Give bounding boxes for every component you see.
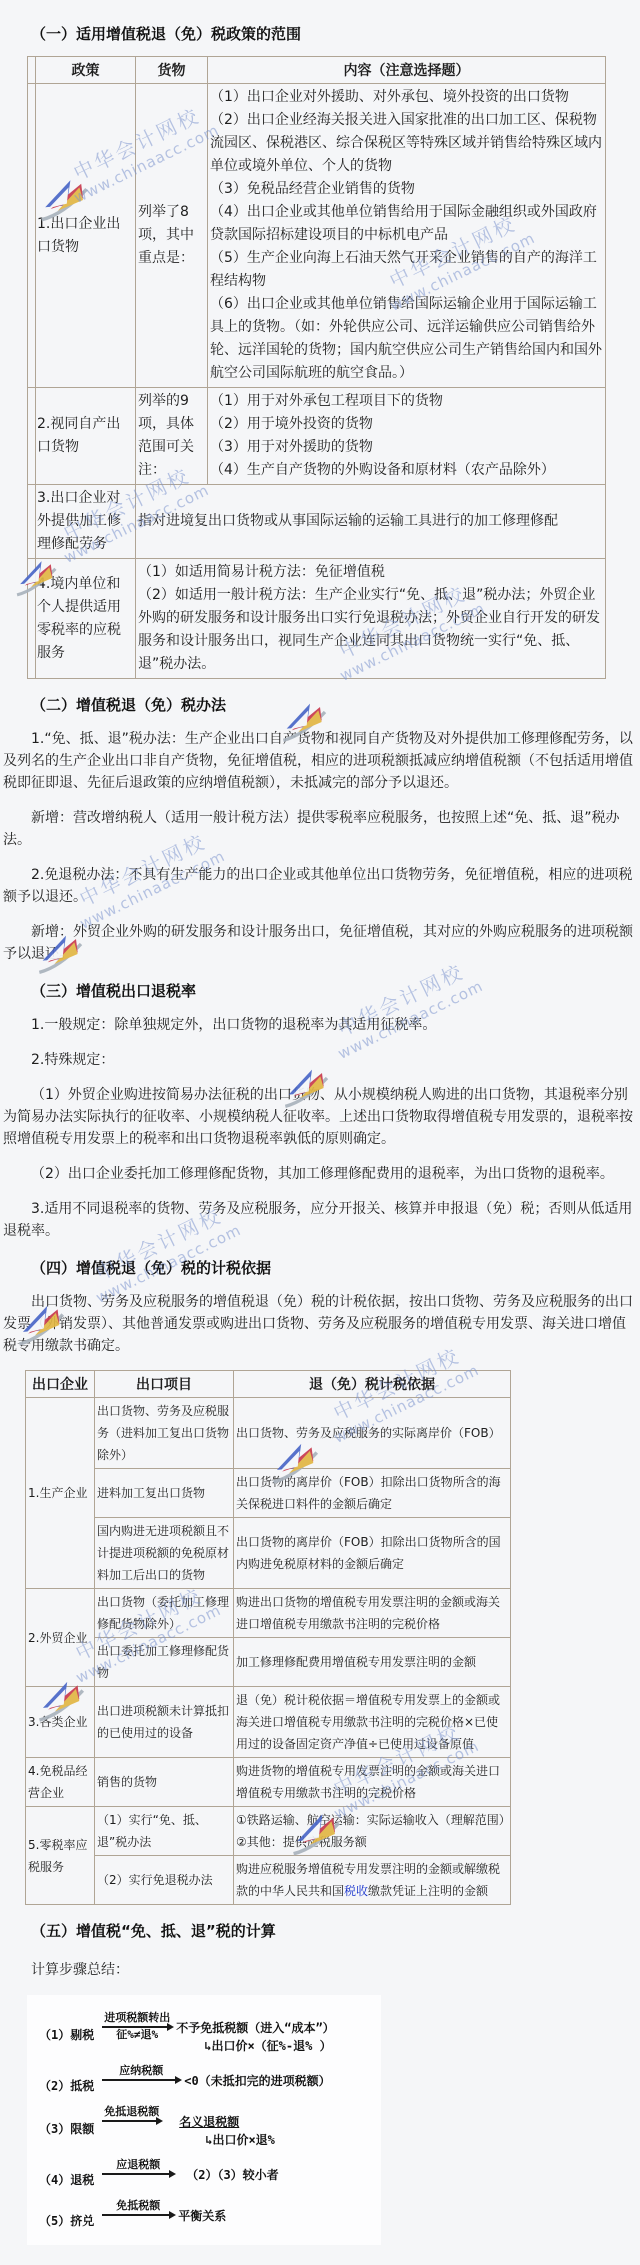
arrow: 应退税额 [102,2158,174,2175]
arrow-bottom-label: 征%≠退% [116,2028,158,2042]
section1-heading: （一）适用增值税退（免）税政策的范围 [3,24,637,44]
table-row: 进料加工复出口货物 出口货物的离岸价（FOB）扣除出口货物所含的海关保税进口料件… [26,1469,511,1518]
result-text: 不予免抵税额（进入“成本”） [176,2019,334,2037]
tax-term-link[interactable]: 税收 [344,1884,368,1898]
table-row: 2.视同自产出口货物 列举的9项，具体范围可关注： （1）用于对外承包工程项目下… [28,388,606,485]
table-row: 3.出口企业对外提供加工修理修配劳务 指对进境复出口货物或从事国际运输的运输工具… [28,485,606,559]
step-label: （5）挤兑 [39,2199,94,2231]
step-label: （2）抵税 [39,2064,94,2096]
item-cell: 出口货物、劳务及应税服务（进料加工复出口货物除外） [95,1398,234,1469]
content-item: （1）出口企业对外援助、对外承包、境外投资的出口货物 [210,86,603,109]
lesson-content: （一）适用增值税退（免）税政策的范围 政策 货物 内容（注意选择题） 1.出口企… [0,0,640,2265]
section4-heading: （四）增值税退（免）税的计税依据 [3,1258,637,1278]
paragraph: 新增：外贸企业外购的研发服务和设计服务出口，免征增值税，其对应的外购应税服务的进… [3,921,637,965]
calc-step-3: （3）限额 免抵退税额 名义退税额 ↳出口价×退% [39,2105,371,2149]
arrow-shaft-icon [102,2214,174,2216]
step-result: <0（未抵扣完的进项税额） [184,2064,330,2090]
spacer-cell [28,485,36,559]
arrow-top-label: 免抵税额 [114,2199,162,2213]
basis-cell: 购进应税服务增值税专用发票注明的金额或解缴税款的中华人民共和国税收缴款凭证上注明… [234,1856,511,1905]
enterprise-cell: 5.零税率应税服务 [26,1807,95,1905]
table-row: 2.外贸企业 出口货物（委托加工修理修配货物除外） 购进出口货物的增值税专用发票… [26,1589,511,1638]
content-item: （1）如适用简易计税方法：免征增值税 [138,561,603,584]
calc-steps-diagram: （1）剔税 进项税额转出 征%≠退% 不予免抵税额（进入“成本”） ↳出口价×（… [27,1995,381,2245]
arrow: 免抵退税额 [102,2105,161,2122]
content-item: （4）生产自产货物的外购设备和原材料（农产品除外） [210,459,603,482]
arrow: 应纳税额 [102,2064,180,2081]
section3-heading: （三）增值税出口退税率 [3,981,637,1001]
step-label: （4）退税 [39,2158,94,2190]
item-cell: 国内购进无进项税额且不计提进项税额的免税原材料加工后出口的货物 [95,1518,234,1589]
basis-cell: ①铁路运输、航空运输：实际运输收入（理解范围） ②其他：提供应税服务额 [234,1807,511,1856]
paragraph: 2.免退税办法：不具有生产能力的出口企业或其他单位出口货物劳务，免征增值税，相应… [3,864,637,908]
calc-step-4: （4）退税 应退税额 （2）（3）较小者 [39,2158,371,2190]
basis-text: 缴款凭证上注明的金额 [368,1884,488,1898]
table-row: 1.出口企业出口货物 列举了8项，其中重点是： （1）出口企业对外援助、对外承包… [28,84,606,388]
basis-cell: 购进出口货物的增值税专用发票注明的金额或海关进口增值税专用缴款书注明的完税价格 [234,1589,511,1638]
policy-cell: 1.出口企业出口货物 [36,84,136,388]
paragraph: （1）外贸企业购进按简易办法征税的出口货物、从小规模纳税人购进的出口货物，其退税… [3,1084,637,1150]
calc-step-2: （2）抵税 应纳税额 <0（未抵扣完的进项税额） [39,2064,371,2096]
step-result: 名义退税额 ↳出口价×退% [165,2105,275,2149]
goods-cell: 列举的9项，具体范围可关注： [136,388,208,485]
arrow-shaft-icon [102,2173,174,2175]
content-item: （5）生产企业向海上石油天然气开采企业销售的自产的海洋工程结构物 [210,247,603,293]
basis-line: ①铁路运输、航空运输：实际运输收入（理解范围） [236,1809,508,1831]
section5-heading: （五）增值税“免、抵、退”税的计算 [3,1921,637,1941]
table-header-row: 出口企业 出口项目 退（免）税计税依据 [26,1371,511,1398]
arrow-shaft-icon [102,2120,161,2122]
goods-cell: 列举了8项，其中重点是： [136,84,208,388]
paragraph: （2）出口企业委托加工修理修配货物，其加工修理修配费用的退税率，为出口货物的退税… [3,1163,637,1185]
table-row: 1.生产企业 出口货物、劳务及应税服务（进料加工复出口货物除外） 出口货物、劳务… [26,1398,511,1469]
result-sub-text: ↳出口价×（征%-退% ） [204,2037,334,2055]
arrow-top-label: 应纳税额 [117,2064,165,2078]
basis-cell: 购进货物的增值税专用发票注明的金额或海关进口增值税专用缴款书注明的完税价格 [234,1758,511,1807]
basis-cell: 出口货物的离岸价（FOB）扣除出口货物所含的国内购进免税原材料的金额后确定 [234,1518,511,1589]
table-row: 4.境内单位和个人提供适用零税率的应税服务 （1）如适用简易计税方法：免征增值税… [28,559,606,679]
table-row: 4.免税品经营企业 销售的货物 购进货物的增值税专用发票注明的金额或海关进口增值… [26,1758,511,1807]
arrow-top-label: 进项税额转出 [102,2011,172,2025]
calc-step-5: （5）挤兑 免抵税额 平衡关系 [39,2199,371,2231]
calc-steps-note: 计算步骤总结： [3,1959,637,1981]
enterprise-cell: 1.生产企业 [26,1398,95,1589]
enterprise-cell: 4.免税品经营企业 [26,1758,95,1807]
basis-cell: 出口货物、劳务及应税服务的实际离岸价（FOB） [234,1398,511,1469]
arrow: 进项税额转出 征%≠退% [102,2011,172,2042]
section2-heading: （二）增值税退（免）税办法 [3,695,637,715]
item-cell: （1）实行“免、抵、退”税办法 [95,1807,234,1856]
result-sub-text: ↳出口价×退% [205,2131,275,2149]
result-text: 名义退税额 [179,2113,275,2131]
table-row: 国内购进无进项税额且不计提进项税额的免税原材料加工后出口的货物 出口货物的离岸价… [26,1518,511,1589]
content-item: （4）出口企业或其他单位销售给用于国际金融组织或外国政府贷款国际招标建设项目的中… [210,201,603,247]
result-text: 平衡关系 [178,2207,226,2225]
table-row: 3.各类企业 出口进项税额未计算抵扣的已使用过的设备 退（免）税计税依据＝增值税… [26,1687,511,1758]
content-item: （3）免税品经营企业销售的货物 [210,178,603,201]
table-header-row: 政策 货物 内容（注意选择题） [28,57,606,84]
step-result: 平衡关系 [178,2199,226,2225]
content-cell: （1）出口企业对外援助、对外承包、境外投资的出口货物 （2）出口企业经海关报关进… [208,84,606,388]
item-cell: （2）实行免退税办法 [95,1856,234,1905]
content-item: （2）出口企业经海关报关进入国家批准的出口加工区、保税物流园区、保税港区、综合保… [210,109,603,178]
tax-basis-table: 出口企业 出口项目 退（免）税计税依据 1.生产企业 出口货物、劳务及应税服务（… [25,1370,511,1905]
arrow-top-label: 免抵退税额 [102,2105,161,2119]
arrow-shaft-icon [102,2026,172,2028]
basis-cell: 加工修理修配费用增值税专用发票注明的金额 [234,1638,511,1687]
item-cell: 出口货物（委托加工修理修配货物除外） [95,1589,234,1638]
paragraph: 出口货物、劳务及应税服务的增值税退（免）税的计税依据，按出口货物、劳务及应税服务… [3,1291,637,1357]
item-cell: 进料加工复出口货物 [95,1469,234,1518]
item-cell: 出口进项税额未计算抵扣的已使用过的设备 [95,1687,234,1758]
spacer-cell [28,84,36,388]
item-cell: 出口委托加工修理修配货物 [95,1638,234,1687]
spacer-cell [28,559,36,679]
paragraph: 3.适用不同退税率的货物、劳务及应税服务，应分开报关、核算并申报退（免）税；否则… [3,1198,637,1242]
enterprise-cell: 2.外贸企业 [26,1589,95,1687]
paragraph: 新增：营改增纳税人（适用一般计税方法）提供零税率应税服务，也按照上述“免、抵、退… [3,807,637,851]
policy-cell: 3.出口企业对外提供加工修理修配劳务 [36,485,136,559]
table-row: 出口委托加工修理修配货物 加工修理修配费用增值税专用发票注明的金额 [26,1638,511,1687]
item-cell: 销售的货物 [95,1758,234,1807]
col-header-enterprise: 出口企业 [26,1371,95,1398]
content-item: （6）出口企业或其他单位销售给国际运输企业用于国际运输工具上的货物。（如：外轮供… [210,293,603,385]
content-cell: （1）如适用简易计税方法：免征增值税 （2）如适用一般计税方法：生产企业实行“免… [136,559,606,679]
step-label: （1）剔税 [39,2011,94,2045]
spacer-cell [28,57,36,84]
basis-cell: 退（免）税计税依据＝增值税专用发票上的金额或海关进口增值税专用缴款书注明的完税价… [234,1687,511,1758]
result-text: <0（未抵扣完的进项税额） [184,2072,330,2090]
table-row: （2）实行免退税办法 购进应税服务增值税专用发票注明的金额或解缴税款的中华人民共… [26,1856,511,1905]
step-result: 不予免抵税额（进入“成本”） ↳出口价×（征%-退% ） [176,2011,334,2055]
spacer-cell [28,388,36,485]
arrow: 免抵税额 [102,2199,174,2216]
policy-cell: 4.境内单位和个人提供适用零税率的应税服务 [36,559,136,679]
paragraph: 2.特殊规定： [3,1049,637,1071]
paragraph: 1.“免、抵、退”税办法：生产企业出口自产货物和视同自产货物及对外提供加工修理修… [3,728,637,794]
col-header-basis: 退（免）税计税依据 [234,1371,511,1398]
basis-cell: 出口货物的离岸价（FOB）扣除出口货物所含的海关保税进口料件的金额后确定 [234,1469,511,1518]
calc-step-1: （1）剔税 进项税额转出 征%≠退% 不予免抵税额（进入“成本”） ↳出口价×（… [39,2011,371,2055]
lesson-page: （一）适用增值税退（免）税政策的范围 政策 货物 内容（注意选择题） 1.出口企… [0,0,640,2265]
content-cell: （1）用于对外承包工程项目下的货物 （2）用于境外投资的货物 （3）用于对外援助… [208,388,606,485]
policy-cell: 2.视同自产出口货物 [36,388,136,485]
arrow-top-label: 应退税额 [114,2158,162,2172]
result-text: （2）（3）较小者 [186,2166,278,2184]
basis-line: ②其他：提供应税服务额 [236,1831,508,1853]
enterprise-cell: 3.各类企业 [26,1687,95,1758]
policy-scope-table: 政策 货物 内容（注意选择题） 1.出口企业出口货物 列举了8项，其中重点是： … [27,56,606,679]
content-item: （2）用于境外投资的货物 [210,413,603,436]
content-cell: 指对进境复出口货物或从事国际运输的运输工具进行的加工修理修配 [136,485,606,559]
paragraph: 1.一般规定：除单独规定外，出口货物的退税率为其适用征税率。 [3,1014,637,1036]
content-item: （1）用于对外承包工程项目下的货物 [210,390,603,413]
arrow-shaft-icon [102,2079,180,2081]
step-label: （3）限额 [39,2105,94,2139]
table-row: 5.零税率应税服务 （1）实行“免、抵、退”税办法 ①铁路运输、航空运输：实际运… [26,1807,511,1856]
content-item: （2）如适用一般计税方法：生产企业实行“免、抵、退”税办法；外贸企业外购的研发服… [138,584,603,676]
col-header-item: 出口项目 [95,1371,234,1398]
step-result: （2）（3）较小者 [178,2158,278,2184]
col-header-goods: 货物 [136,57,208,84]
col-header-content: 内容（注意选择题） [208,57,606,84]
content-item: （3）用于对外援助的货物 [210,436,603,459]
col-header-policy: 政策 [36,57,136,84]
